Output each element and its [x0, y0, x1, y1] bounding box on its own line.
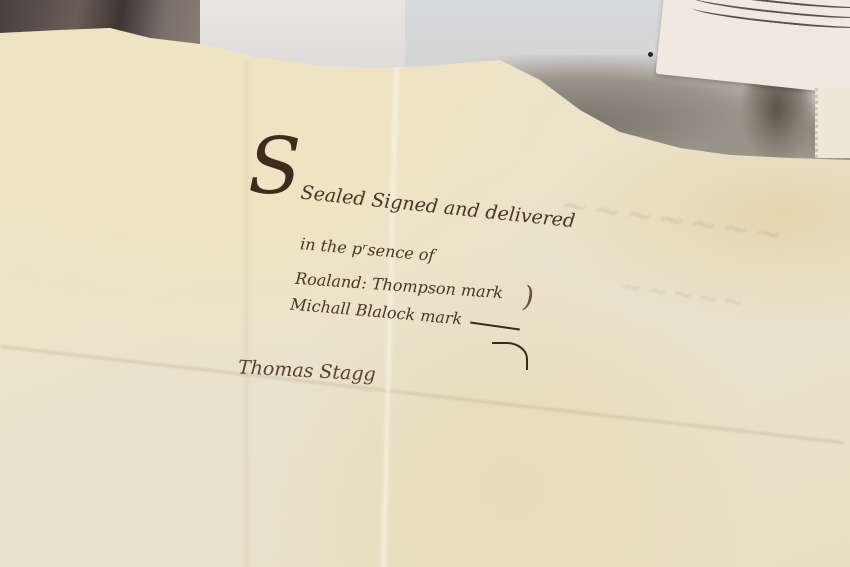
attestation-line-1: Sealed Signed and delivered: [300, 182, 577, 233]
photo-scene: ~~~~~~~ ~~~~~ S Sealed Signed and delive…: [0, 0, 850, 567]
show-through-text: ~~~~~~~: [558, 184, 789, 255]
photo-dot: [648, 52, 653, 57]
attestation-line-2: in the pʳsence of: [299, 234, 435, 265]
bracket-mark: ): [523, 280, 534, 313]
ink-flourish: [492, 342, 528, 370]
mark-stroke: [470, 322, 520, 331]
signatory-signature: Thomas Stagg: [238, 356, 377, 385]
show-through-text: ~~~~~: [619, 271, 751, 319]
decorative-initial: S: [248, 128, 301, 206]
horizontal-fold-crease: [0, 345, 845, 444]
witness-signature-2: Michall Blalock mark: [290, 295, 464, 329]
stamp-edge: [815, 88, 850, 158]
